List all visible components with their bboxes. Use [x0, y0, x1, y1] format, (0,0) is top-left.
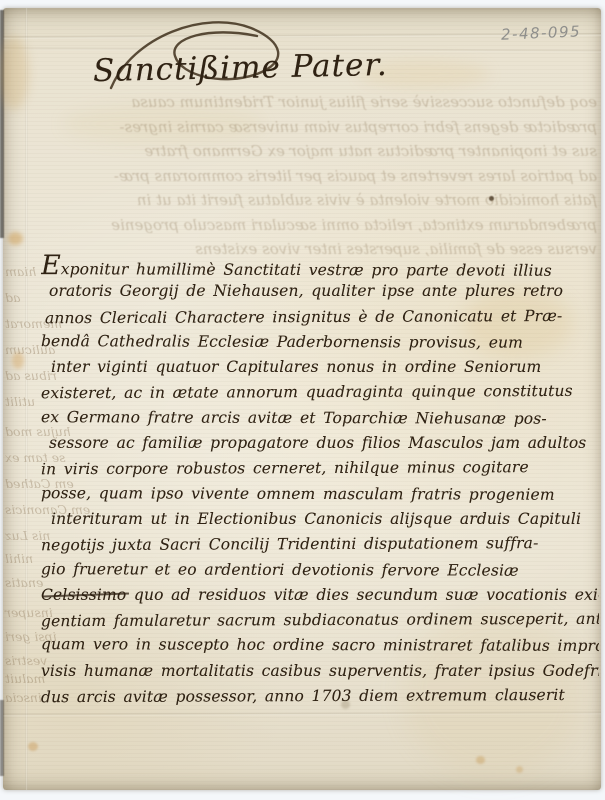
manuscript-line: oratoris Georgij de Niehausen, qualiter … [41, 279, 599, 304]
bleedthrough-line: ad patrios lares revertens et paucis per… [13, 164, 597, 189]
manuscript-line: quam vero in suscepto hoc ordine sacro m… [41, 633, 599, 660]
page-edge-shadow [0, 10, 4, 238]
bleedthrough-line: prædictæ degens febri correptus viam uni… [13, 115, 597, 140]
bleedthrough-fragment: inscia [5, 690, 42, 705]
manuscript-line: gio frueretur et eo ardentiori devotioni… [41, 557, 599, 584]
manuscript-line: negotijs juxta Sacri Concilij Tridentini… [41, 531, 599, 559]
manuscript-line: Celsissimo quo ad residuos vitæ dies sec… [41, 583, 599, 608]
bleedthrough-fragment: nihil [5, 551, 33, 566]
manuscript-line: bendâ Cathedralis Ecclesiæ Paderbornensi… [41, 329, 599, 356]
scan-background: 2-48-095 Sanctißime Pater. eoq defuncto … [0, 0, 605, 800]
manuscript-line: existeret, ac in ætate annorum quadragin… [41, 379, 599, 407]
bleedthrough-fragment: hiam [5, 264, 36, 279]
manuscript-line: dus arcis avitæ possessor, anno 1703 die… [41, 683, 599, 710]
catalog-number: 2-48-095 [501, 22, 582, 43]
bleedthrough-line: sus et inopinanter prædictus natu major … [13, 139, 597, 164]
manuscript-page: 2-48-095 Sanctißime Pater. eoq defuncto … [3, 8, 601, 790]
letter-body: Exponitur humillimè Sanctitati vestræ pr… [41, 254, 599, 709]
bleedthrough-line: eoq defuncto successivè serie filius jun… [13, 90, 597, 115]
bleedthrough-margin-fragments: hiamadmemorataulicumribus adutilithujus … [3, 258, 45, 718]
manuscript-line: sessore ac familiæ propagatore duos fili… [41, 431, 599, 456]
manuscript-line: in viris corpore robustos cerneret, nihi… [41, 455, 599, 483]
bleedthrough-line: fatis homicidio morte violenta è vivis s… [13, 188, 597, 213]
bleedthrough-fragment: ad [5, 290, 20, 305]
manuscript-line: visis humanæ mortalitatis casibus superv… [41, 659, 599, 684]
manuscript-line: interituram ut in Electionibus Canonicis… [41, 507, 599, 532]
manuscript-line: gentiam famularetur sacrum subdiaconatus… [41, 607, 599, 635]
bleedthrough-fragment: utilit [5, 394, 35, 409]
bleedthrough-text-block: eoq defuncto successivè serie filius jun… [13, 90, 597, 262]
manuscript-line: inter viginti quatuor Capitulares nonus … [41, 355, 599, 380]
manuscript-line: ex Germano fratre arcis avitæ et Toparch… [41, 405, 599, 432]
bleedthrough-fragment: maluit [5, 671, 45, 686]
manuscript-line: annos Clericali Charactere insignitus è … [41, 303, 599, 331]
salutation-heading: Sanctißime Pater. [93, 47, 388, 89]
manuscript-line: posse, quam ipso vivente omnem masculam … [41, 481, 599, 508]
manuscript-line: Exponitur humillimè Sanctitati vestræ pr… [41, 254, 599, 280]
bleedthrough-line: præbendarum extincta, relicta omni sæcul… [13, 213, 597, 238]
bleedthrough-fragment: enatis [5, 575, 43, 590]
